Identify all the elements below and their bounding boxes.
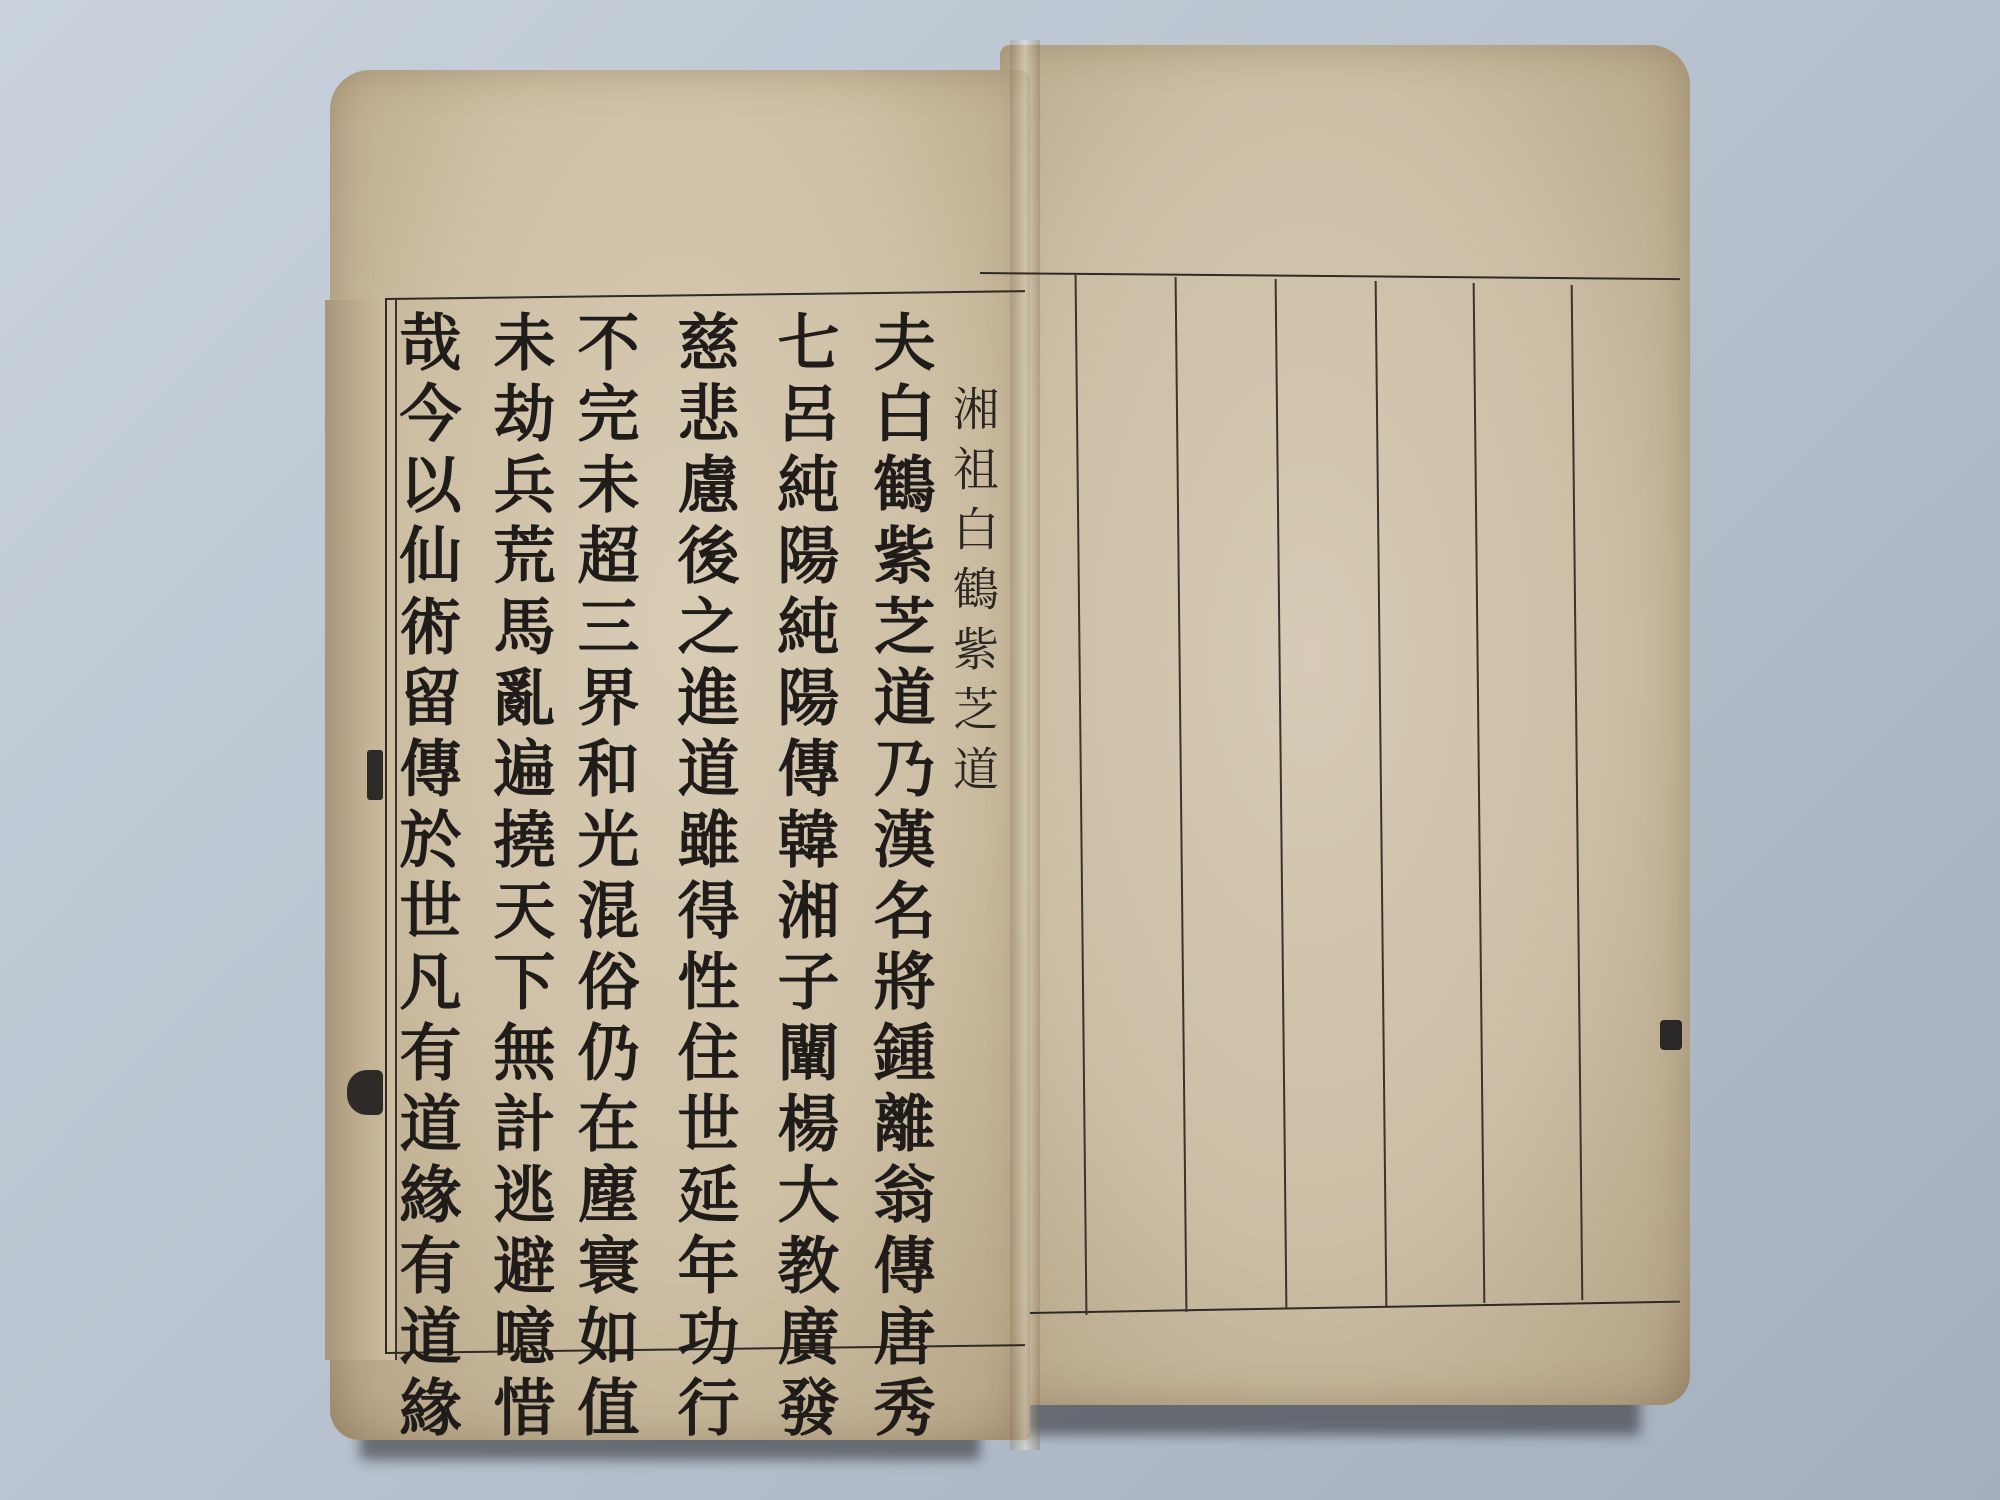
right-page bbox=[1000, 45, 1690, 1405]
text-column-5: 未劫兵荒馬亂遍撓天下無計逃避噫惜 bbox=[488, 310, 550, 1446]
text-column-1: 夫白鶴紫芝道乃漢名將鍾離翁傳唐秀 bbox=[868, 310, 930, 1446]
text-column-2: 七呂純陽純陽傳韓湘子闡楊大教廣發 bbox=[772, 310, 834, 1446]
section-title-column: 湘祖白鶴紫芝道 bbox=[950, 385, 996, 805]
fishtail-mark-top bbox=[367, 750, 383, 800]
text-column-4: 不完未超三界和光混俗仍在塵寰如值 bbox=[572, 310, 634, 1446]
left-frame-side bbox=[385, 298, 387, 1354]
right-edge-tab bbox=[1660, 1020, 1682, 1050]
center-fold bbox=[1010, 40, 1040, 1450]
text-column-6: 哉今以仙術留傳於世凡有道緣有道緣 bbox=[394, 310, 456, 1446]
fishtail-mark-bottom bbox=[347, 1070, 383, 1115]
bleed-through-text bbox=[1200, 320, 1277, 388]
text-column-3: 慈悲慮後之進道雖得性住世延年功行 bbox=[672, 310, 734, 1446]
